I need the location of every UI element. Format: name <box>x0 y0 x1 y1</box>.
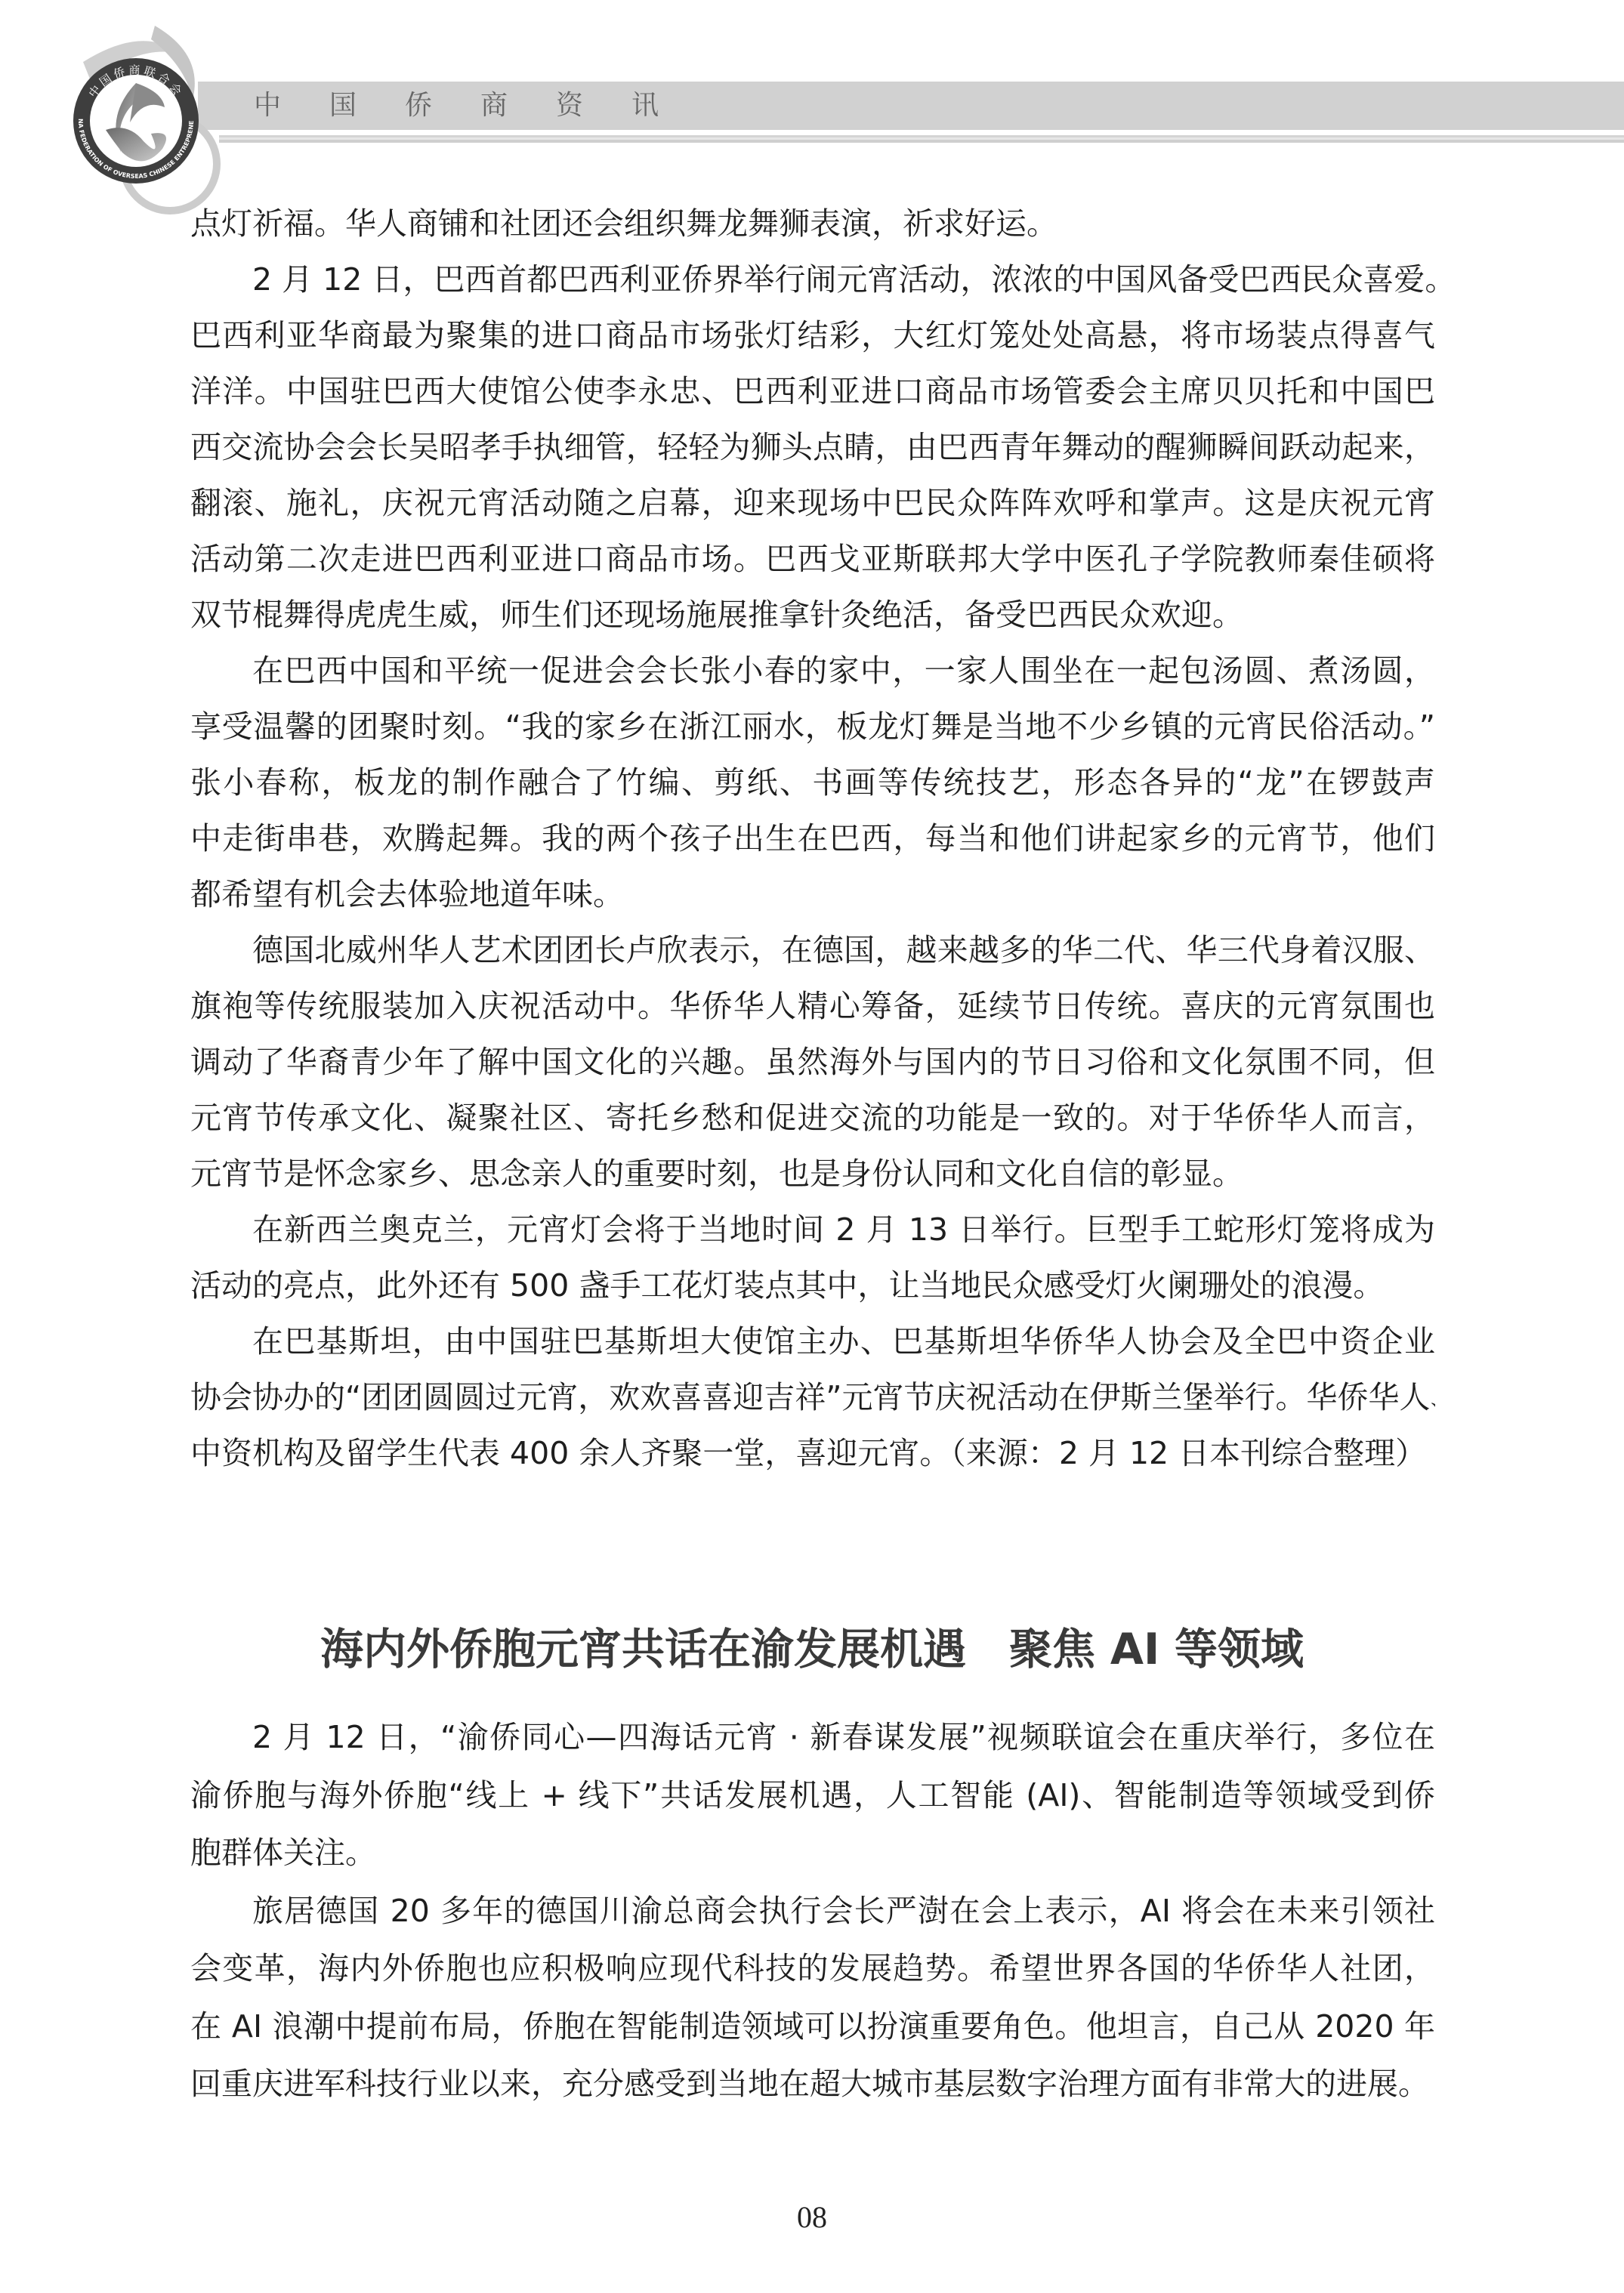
text-line: 渝侨胞与海外侨胞“线上 + 线下”共话发展机遇，人工智能 (AI)、智能制造等领… <box>190 1767 1435 1825</box>
header-rule <box>219 135 1624 143</box>
text-line: 回重庆进军科技行业以来，充分感受到当地在超大城市基层数字治理方面有非常大的进展。 <box>190 2055 1435 2113</box>
text-line: 调动了华裔青少年了解中国文化的兴趣。虽然海外与国内的节日习俗和文化氛围不同，但 <box>190 1034 1435 1090</box>
text-line: 在巴基斯坦，由中国驻巴基斯坦大使馆主办、巴基斯坦华侨华人协会及全巴中资企业 <box>190 1313 1435 1369</box>
article-body: 2 月 12 日，“渝侨同心—四海话元宵 · 新春谋发展”视频联谊会在重庆举行，… <box>190 1708 1435 2113</box>
publication-title-char: 中 <box>254 89 329 122</box>
text-line: 西交流协会会长吴昭孝手执细管，轻轻为狮头点睛，由巴西青年舞动的醒狮瞬间跃动起来， <box>190 419 1435 475</box>
text-line: 在巴西中国和平统一促进会会长张小春的家中，一家人围坐在一起包汤圆、煮汤圆， <box>190 643 1435 699</box>
text-line: 点灯祈福。华人商铺和社团还会组织舞龙舞狮表演，祈求好运。 <box>190 196 1435 252</box>
text-line: 元宵节是怀念家乡、思念亲人的重要时刻，也是身份认同和文化自信的彰显。 <box>190 1146 1435 1202</box>
text-line: 活动第二次走进巴西利亚进口商品市场。巴西戈亚斯联邦大学中医孔子学院教师秦佳硕将 <box>190 531 1435 587</box>
text-line: 元宵节传承文化、凝聚社区、寄托乡愁和促进交流的功能是一致的。对于华侨华人而言， <box>190 1090 1435 1146</box>
paragraph: 2 月 12 日，巴西首都巴西利亚侨界举行闹元宵活动，浓浓的中国风备受巴西民众喜… <box>190 252 1435 643</box>
text-line: 洋洋。中国驻巴西大使馆公使李永忠、巴西利亚进口商品市场管委会主席贝贝托和中国巴 <box>190 363 1435 419</box>
publication-title: 中 国 侨 商 资 讯 <box>254 89 707 122</box>
publication-title-char: 资 <box>556 89 631 122</box>
publication-title-char: 商 <box>480 89 556 122</box>
article-headline: 海内外侨胞元宵共话在渝发展机遇 聚焦 AI 等领域 <box>0 1622 1624 1677</box>
paragraph: 在新西兰奥克兰，元宵灯会将于当地时间 2 月 13 日举行。巨型手工蛇形灯笼将成… <box>190 1202 1435 1313</box>
text-line: 旅居德国 20 多年的德国川渝总商会执行会长严澍在会上表示，AI 将会在未来引领… <box>190 1882 1435 1940</box>
text-line: 双节棍舞得虎虎生威，师生们还现场施展推拿针灸绝活，备受巴西民众欢迎。 <box>190 587 1435 643</box>
publication-title-char: 国 <box>329 89 405 122</box>
text-line: 协会协办的“团团圆圆过元宵，欢欢喜喜迎吉祥”元宵节庆祝活动在伊斯兰堡举行。华侨华… <box>190 1369 1435 1425</box>
publication-title-char: 侨 <box>405 89 480 122</box>
text-line: 2 月 12 日，“渝侨同心—四海话元宵 · 新春谋发展”视频联谊会在重庆举行，… <box>190 1708 1435 1767</box>
paragraph: 2 月 12 日，“渝侨同心—四海话元宵 · 新春谋发展”视频联谊会在重庆举行，… <box>190 1708 1435 1882</box>
paragraph: 点灯祈福。华人商铺和社团还会组织舞龙舞狮表演，祈求好运。 <box>190 196 1435 252</box>
text-line: 中走街串巷，欢腾起舞。我的两个孩子出生在巴西，每当和他们讲起家乡的元宵节，他们 <box>190 810 1435 866</box>
text-line: 翻滚、施礼，庆祝元宵活动随之启幕，迎来现场中巴民众阵阵欢呼和掌声。这是庆祝元宵 <box>190 475 1435 531</box>
text-line: 巴西利亚华商最为聚集的进口商品市场张灯结彩，大红灯笼处处高悬，将市场装点得喜气 <box>190 307 1435 363</box>
paragraph: 在巴西中国和平统一促进会会长张小春的家中，一家人围坐在一起包汤圆、煮汤圆，享受温… <box>190 643 1435 922</box>
text-line: 旗袍等传统服装加入庆祝活动中。华侨华人精心筹备，延续节日传统。喜庆的元宵氛围也 <box>190 978 1435 1034</box>
publication-title-char: 讯 <box>631 89 707 122</box>
text-line: 胞群体关注。 <box>190 1824 1435 1882</box>
page-number: 08 <box>0 2199 1624 2236</box>
text-line: 德国北威州华人艺术团团长卢欣表示，在德国，越来越多的华二代、华三代身着汉服、 <box>190 922 1435 978</box>
paragraph: 德国北威州华人艺术团团长卢欣表示，在德国，越来越多的华二代、华三代身着汉服、旗袍… <box>190 922 1435 1202</box>
text-line: 2 月 12 日，巴西首都巴西利亚侨界举行闹元宵活动，浓浓的中国风备受巴西民众喜… <box>190 252 1435 307</box>
paragraph: 旅居德国 20 多年的德国川渝总商会执行会长严澍在会上表示，AI 将会在未来引领… <box>190 1882 1435 2113</box>
text-line: 在 AI 浪潮中提前布局，侨胞在智能制造领域可以扮演重要角色。他坦言，自己从 2… <box>190 1998 1435 2056</box>
text-line: 张小春称，板龙的制作融合了竹编、剪纸、书画等传统技艺，形态各异的“龙”在锣鼓声 <box>190 755 1435 810</box>
article-continued: 点灯祈福。华人商铺和社团还会组织舞龙舞狮表演，祈求好运。2 月 12 日，巴西首… <box>190 196 1435 1481</box>
text-line: 都希望有机会去体验地道年味。 <box>190 866 1435 922</box>
text-line: 在新西兰奥克兰，元宵灯会将于当地时间 2 月 13 日举行。巨型手工蛇形灯笼将成… <box>190 1202 1435 1258</box>
text-line: 活动的亮点，此外还有 500 盏手工花灯装点其中，让当地民众感受灯火阑珊处的浪漫… <box>190 1258 1435 1313</box>
text-line: 会变革，海内外侨胞也应积极响应现代科技的发展趋势。希望世界各国的华侨华人社团， <box>190 1940 1435 1998</box>
text-line: 中资机构及留学生代表 400 余人齐聚一堂，喜迎元宵。（来源：2 月 12 日本… <box>190 1425 1435 1481</box>
text-line: 享受温馨的团聚时刻。“我的家乡在浙江丽水，板龙灯舞是当地不少乡镇的元宵民俗活动。… <box>190 699 1435 755</box>
paragraph: 在巴基斯坦，由中国驻巴基斯坦大使馆主办、巴基斯坦华侨华人协会及全巴中资企业协会协… <box>190 1313 1435 1481</box>
federation-logo-icon: 中国侨商联合会 CHINA FEDERATION OF OVERSEAS CHI… <box>30 9 257 221</box>
